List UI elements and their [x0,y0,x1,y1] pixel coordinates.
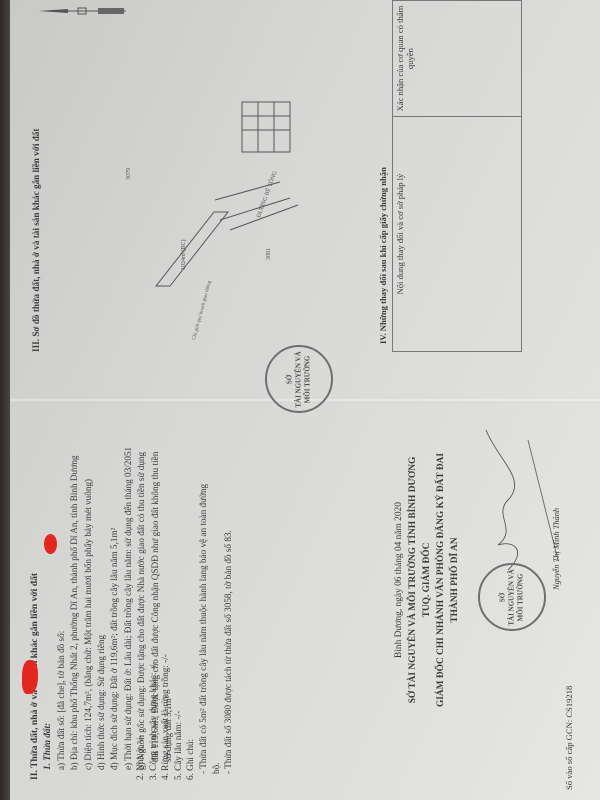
signer-role: GIÁM ĐỐC CHI NHÁNH VĂN PHÒNG ĐĂNG KÝ ĐẤT… [434,390,448,770]
note-line: - Thửa đất có 5m² đất trồng cây lâu năm … [197,480,222,780]
section-ii-items: 2. Nhà ở: -/- 3. Công trình xây dựng khá… [134,480,254,780]
land-line: c) Diện tích: 124,7m², (bằng chữ: Một tr… [82,410,95,780]
official-stamp: SỞ TÀI NGUYÊN VÀ MÔI TRƯỜNG [265,345,333,413]
scale-bar-icon [38,6,128,16]
section-iv-changes: IV. Những thay đổi sau khi cấp giấy chứn… [378,2,548,352]
stamp-line: MÔI TRƯỜNG [304,351,313,407]
redaction-mark [44,534,57,554]
col-header: Nội dung thay đổi và cơ sở pháp lý [395,174,405,295]
col-header: Xác nhận của cơ quan có thẩm quyền [395,6,415,112]
parcel-map: 3081 1024m²(BC) ĐƯỜNG BÊ TÔNG 3079 Chỉ g… [100,80,300,340]
road-label: ĐƯỜNG BÊ TÔNG [254,169,279,219]
item-notes: 6. Ghi chú: [184,480,197,780]
item-house: 2. Nhà ở: -/- [134,480,147,780]
land-line: b) Địa chỉ: khu phố Thống Nhất 2, phường… [68,410,81,780]
svg-text:3079: 3079 [126,168,132,180]
land-heading: 1. Thửa đất: [41,410,54,780]
item-perennial: 5. Cây lâu năm: -/- [172,480,185,780]
stamp-line: TÀI NGUYÊN VÀ [508,569,517,625]
land-line: đ) Mục đích sử dụng: Đất ở 119,6m²; đất … [108,410,121,780]
note-line: - Thửa đất số 3080 được tách từ thửa đất… [222,480,235,780]
svg-text:3081: 3081 [266,248,272,260]
certificate-serial: Số vào sổ cấp GCN: CS19218 [564,570,574,790]
issuing-org: SỞ TÀI NGUYÊN VÀ MÔI TRƯỜNG TỈNH BÌNH DƯ… [406,390,420,770]
authority-confirmation-cell: Xác nhận của cơ quan có thẩm quyền [393,1,522,117]
section-iv-title: IV. Những thay đổi sau khi cấp giấy chứn… [378,2,388,352]
parcel-label: 1024m²(BC) [180,240,187,270]
date-line: Bình Dương, ngày 06 tháng 04 năm 2020 [392,390,406,770]
stamp-line: MÔI TRƯỜNG [517,569,526,625]
changes-table: Nội dung thay đổi và cơ sở pháp lý Xác n… [392,0,522,352]
stamp-line: TÀI NGUYÊN VÀ [295,351,304,407]
land-line: d) Hình thức sử dụng: Sử dụng riêng [95,410,108,780]
boundary-note: Chỉ giới quy hoạch giao thông [192,280,213,340]
stamp-line: SỞ [499,569,508,625]
section-iii-title: III. Sơ đồ thửa đất, nhà ở và tài sản kh… [31,2,41,352]
tuq-line: TUQ. GIÁM ĐỐC [420,390,434,770]
signer-name: Nguyễn Thị Minh Thảnh [552,390,561,590]
section-ii-title: II. Thửa đất, nhà ở và tài sản khác gắn … [28,410,41,780]
item-other-construction: 3. Công trình xây dựng khác: -/- [147,480,160,780]
stamp-line: SỞ [286,351,295,407]
official-stamp: SỞ TÀI NGUYÊN VÀ MÔI TRƯỜNG [478,563,546,631]
redaction-mark [22,660,38,694]
signer-city: THÀNH PHỐ DĨ AN [448,390,462,770]
item-forest: 4. Rừng sản xuất là rừng trồng: -/- [159,480,172,780]
changes-content-cell: Nội dung thay đổi và cơ sở pháp lý [393,117,522,352]
handwritten-signature [478,420,598,580]
land-line: a) Thửa đất số: [đã che], tờ bản đồ số: [55,410,68,780]
